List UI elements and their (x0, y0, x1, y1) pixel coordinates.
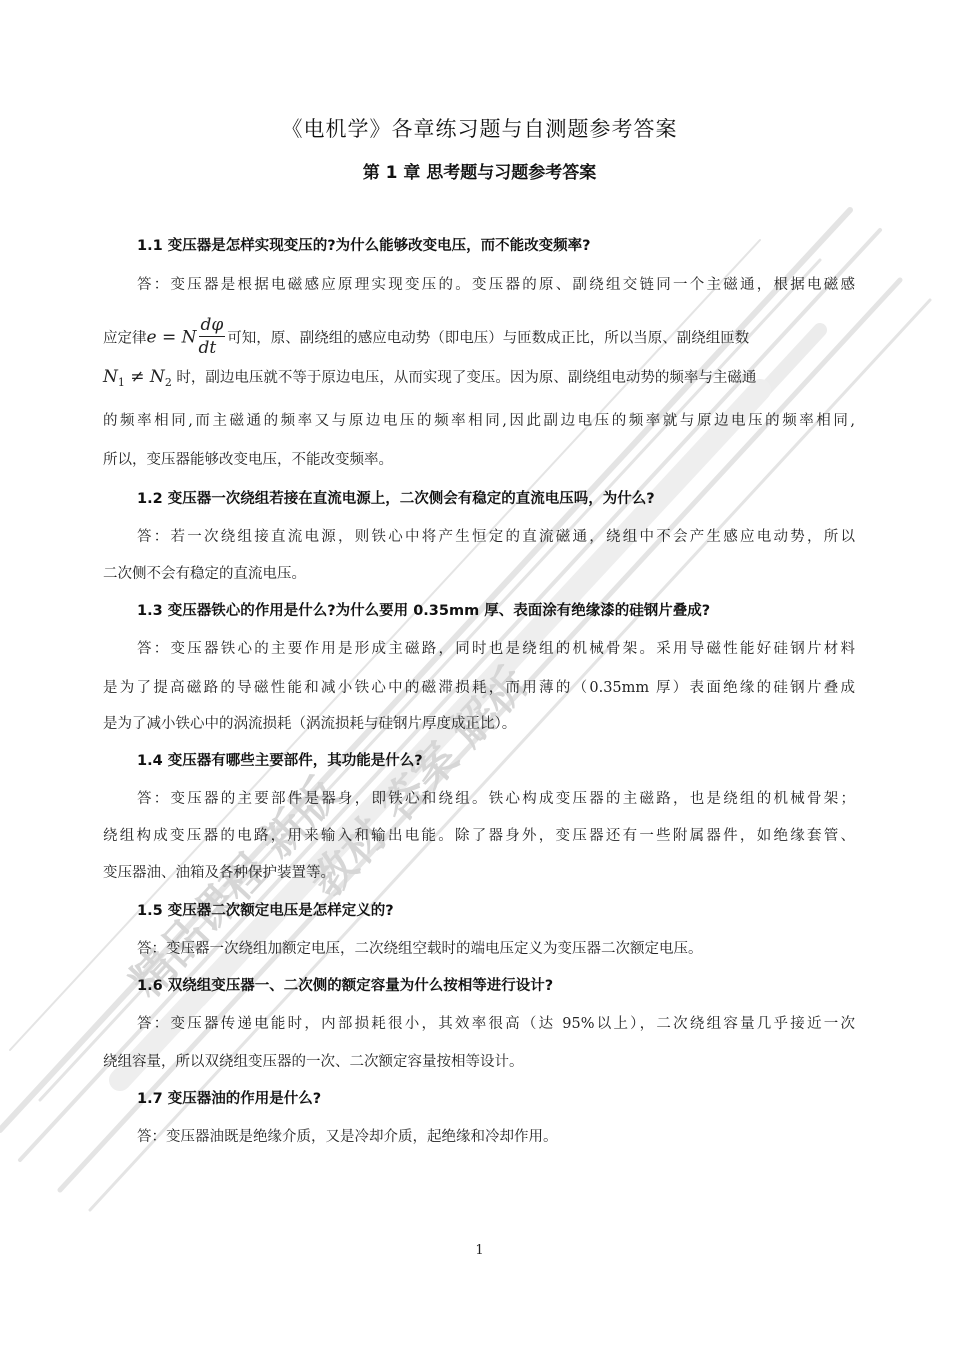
answer-1-4-line-2: 绕组构成变压器的电路，用来输入和输出电能。除了器身外，变压器还有一些附属器件，如… (103, 826, 855, 846)
formula-turns-n1: N (103, 367, 118, 387)
answer-1-5-line-1: 答：变压器一次绕组加额定电压，二次绕组空载时的端电压定义为变压器二次额定电压。 (137, 939, 855, 959)
answer-1-1-line-4: 的频率相同,而主磁通的频率又与原边电压的频率相同,因此副边电压的频率就与原边电压… (103, 411, 855, 431)
answer-1-2-line-1: 答：若一次绕组接直流电源，则铁心中将产生恒定的直流磁通，绕组中不会产生感应电动势… (137, 527, 855, 547)
answer-1-4-line-3: 变压器油、油箱及各种保护装置等。 (103, 863, 855, 883)
answer-1-1-line-2: 应定律e = Ndφdt可知，原、副绕组的感应电动势（即电压）与匝数成正比，所以… (103, 316, 855, 361)
question-1-3: 1.3 变压器铁心的作用是什么?为什么要用 0.35mm 厚、表面涂有绝缘漆的硅… (137, 601, 710, 621)
question-1-5: 1.5 变压器二次额定电压是怎样定义的? (137, 901, 394, 921)
formula-sub-1: 1 (118, 376, 125, 389)
formula-numerator: dφ (199, 314, 226, 337)
answer-text: 时，副边电压就不等于原边电压，从而实现了变压。因为原、副绕组电动势的频率与主磁通 (176, 370, 756, 386)
question-1-1: 1.1 变压器是怎样实现变压的?为什么能够改变电压，而不能改变频率? (137, 236, 591, 256)
answer-text: 可知，原、副绕组的感应电动势（即电压）与匝数成正比，所以当原、副绕组匝数 (227, 331, 749, 347)
answer-1-4-line-1: 答：变压器的主要部件是器身，即铁心和绕组。铁心构成变压器的主磁路，也是绕组的机械… (137, 789, 855, 809)
answer-1-2-line-2: 二次侧不会有稳定的直流电压。 (103, 564, 855, 584)
answer-1-7-line-1: 答：变压器油既是绝缘介质，又是冷却介质，起绝缘和冷却作用。 (137, 1127, 855, 1147)
answer-1-6-line-1: 答：变压器传递电能时，内部损耗很小，其效率很高（达 95%以上），二次绕组容量几… (137, 1014, 855, 1034)
formula-sub-2: 2 (165, 376, 172, 389)
formula-emf-lhs: e = N (147, 328, 197, 348)
answer-1-3-line-2: 是为了提高磁路的导磁性能和减小铁心中的磁滞损耗，而用薄的（0.35mm 厚）表面… (103, 678, 855, 698)
formula-denominator: dt (199, 337, 226, 359)
page-number: 1 (0, 1243, 959, 1258)
document-title: 《电机学》各章练习题与自测题参考答案 (0, 113, 959, 143)
answer-1-3-line-1: 答：变压器铁心的主要作用是形成主磁路，同时也是绕组的机械骨架。采用导磁性能好硅钢… (137, 639, 855, 659)
answer-1-1-line-1: 答：变压器是根据电磁感应原理实现变压的。变压器的原、副绕组交链同一个主磁通，根据… (137, 275, 855, 295)
answer-1-6-line-2: 绕组容量，所以双绕组变压器的一次、二次额定容量按相等设计。 (103, 1052, 855, 1072)
question-1-4: 1.4 变压器有哪些主要部件，其功能是什么? (137, 751, 423, 771)
question-1-2: 1.2 变压器一次绕组若接在直流电源上，二次侧会有稳定的直流电压吗，为什么? (137, 489, 655, 509)
answer-1-1-line-5: 所以，变压器能够改变电压，不能改变频率。 (103, 450, 855, 470)
formula-fraction: dφdt (199, 314, 226, 359)
question-1-6: 1.6 双绕组变压器一、二次侧的额定容量为什么按相等进行设计? (137, 976, 553, 996)
answer-text: 应定律 (103, 331, 147, 347)
chapter-subtitle: 第 1 章 思考题与习题参考答案 (0, 158, 959, 183)
answer-1-3-line-3: 是为了减小铁心中的涡流损耗（涡流损耗与硅钢片厚度成正比）。 (103, 714, 855, 734)
formula-turns-n2: ≠ N (125, 367, 165, 387)
document-page: 《电机学》各章练习题与自测题参考答案 第 1 章 思考题与习题参考答案 1.1 … (0, 0, 959, 1357)
question-1-7: 1.7 变压器油的作用是什么? (137, 1089, 321, 1109)
answer-1-1-line-3: N1 ≠ N2 时，副边电压就不等于原边电压，从而实现了变压。因为原、副绕组电动… (103, 367, 855, 393)
